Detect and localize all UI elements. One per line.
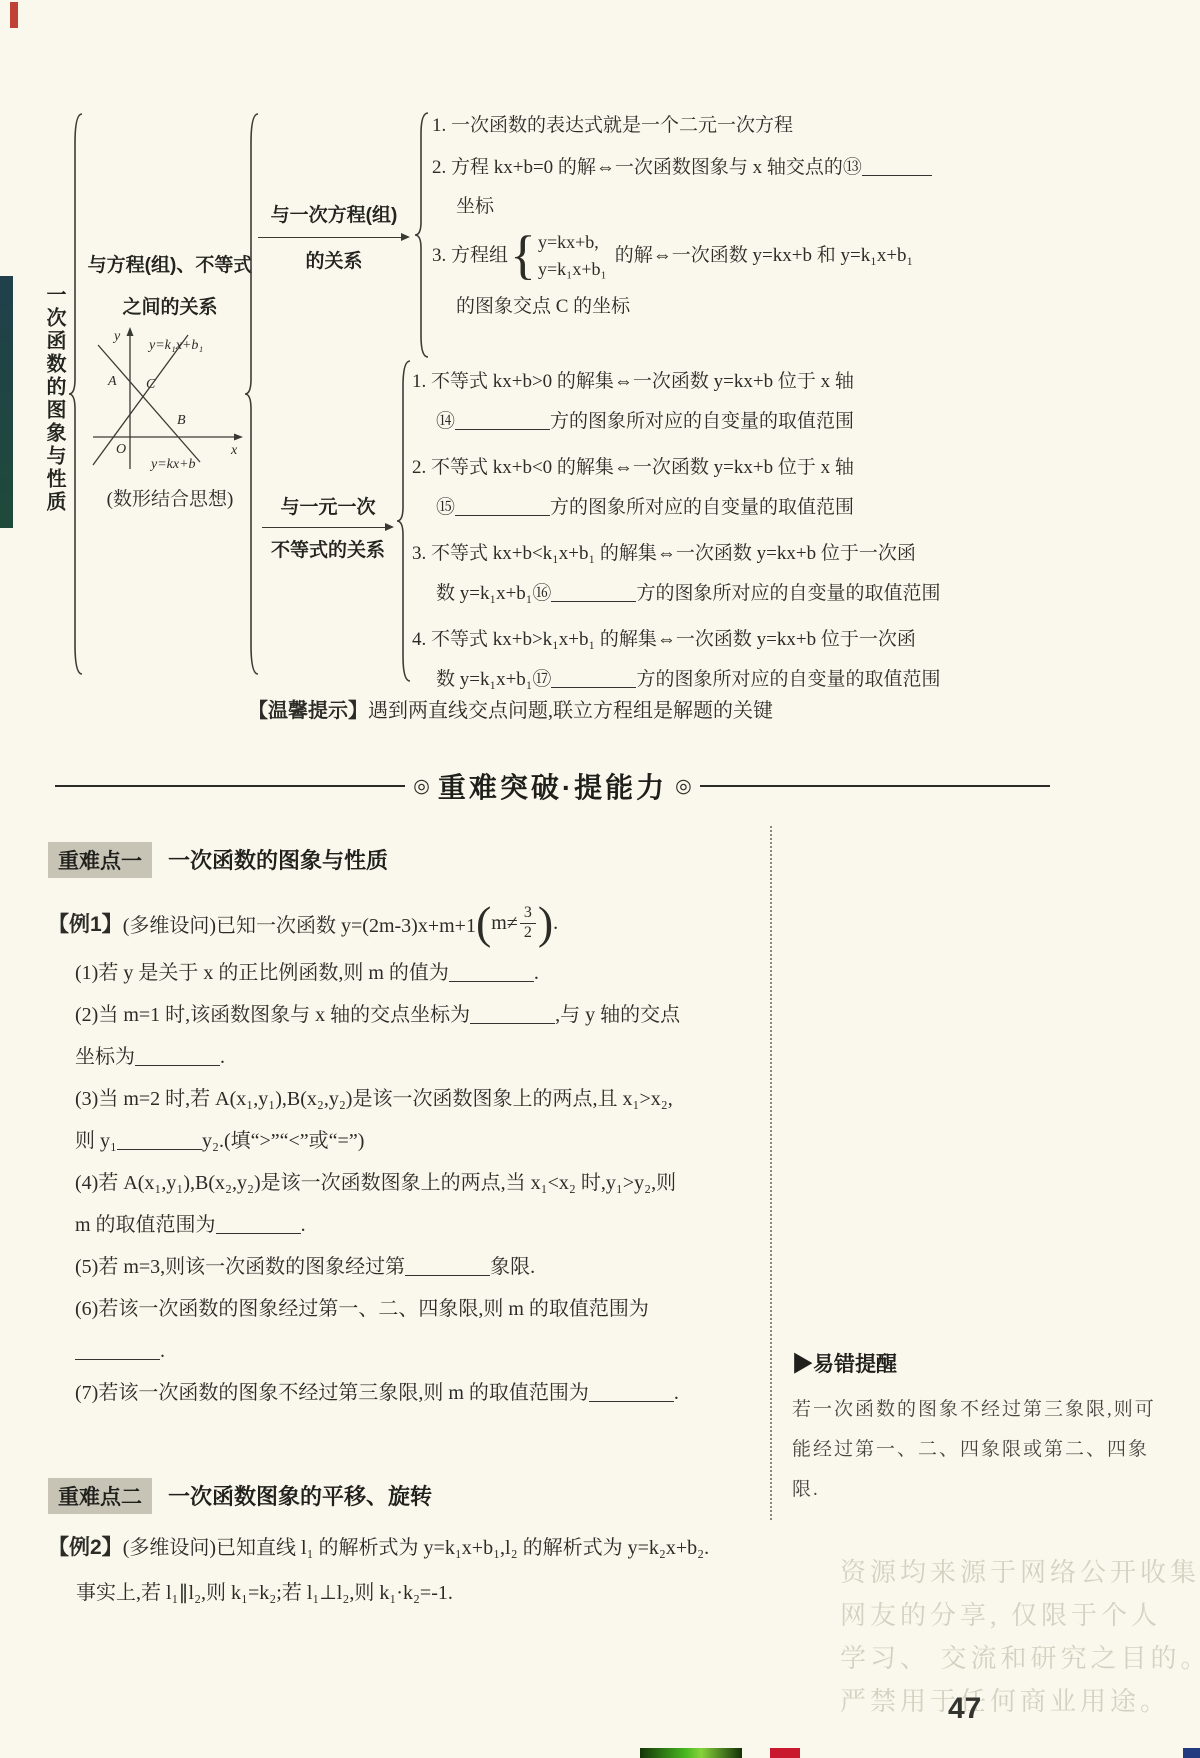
branch1-item3-line1: 3. 方程组 { y=kx+b, y=k₁x+b₁ 的解⇔一次函数 y=kx+b…: [432, 229, 913, 283]
branch2-item: 4. 不等式 kx+b>k₁x+b₁ 的解集⇔一次函数 y=kx+b 位于一次函…: [412, 620, 977, 699]
ring-icon: ◎: [413, 775, 430, 798]
answer-blank: [405, 1255, 490, 1276]
system-eq2: y=k₁x+b₁: [538, 256, 607, 283]
keypoint1-title: 一次函数的图象与性质: [168, 848, 388, 873]
section-title: 重难突破·提能力: [438, 766, 667, 806]
answer-blank: [470, 1003, 555, 1024]
answer-blank: [117, 1129, 202, 1150]
example1-questions: (1)若 y 是关于 x 的正比例函数,则 m 的值为. (2)当 m=1 时,…: [75, 952, 692, 1414]
warm-tip-label: 【温馨提示】: [248, 700, 368, 722]
fill-blank-16: [551, 582, 636, 602]
branch2-items: 1. 不等式 kx+b>0 的解集⇔一次函数 y=kx+b 位于 x 轴 ⑭方的…: [412, 362, 977, 699]
fill-blank-17: [551, 668, 636, 688]
section-header: ◎ 重难突破·提能力 ◎: [55, 766, 1050, 806]
fill-blank-14: [455, 410, 550, 430]
fraction-three-halves: 32: [520, 904, 536, 942]
textbook-page: 一次函数的图象与性质 与方程(组)、不等式 之间的关系 y x O A C B …: [0, 0, 1200, 1758]
point-a-label: A: [107, 374, 117, 389]
falling-line-label: y=kx+b: [149, 457, 196, 472]
page-number: 47: [948, 1692, 981, 1726]
brace-branch2-items: [396, 360, 412, 682]
keypoint1-heading: 重难点一一次函数的图象与性质: [48, 842, 388, 878]
close-paren: ): [538, 905, 553, 942]
branch1-item2-line1: 2. 方程 kx+b=0 的解⇔一次函数图象与 x 轴交点的⑬: [432, 154, 977, 182]
branch1-label-line1: 与一次方程(组): [258, 200, 410, 227]
branch2-item: 3. 不等式 kx+b<k₁x+b₁ 的解集⇔一次函数 y=kx+b 位于一次函…: [412, 534, 977, 613]
mindmap-root-label: 一次函数的图象与性质: [40, 284, 69, 534]
keypoint2-badge: 重难点二: [48, 1478, 152, 1514]
question-6: (6)若该一次函数的图象经过第一、二、四象限,则 m 的取值范围为.: [75, 1288, 692, 1372]
branch2-arrow: [262, 527, 392, 528]
question-4: (4)若 A(x₁,y₁),B(x₂,y₂)是该一次函数图象上的两点,当 x₁<…: [75, 1162, 692, 1246]
answer-blank: [449, 961, 534, 982]
branch2-label-line1: 与一元一次: [262, 492, 394, 519]
keypoint2-title: 一次函数图象的平移、旋转: [168, 1484, 432, 1509]
rising-line: [93, 335, 188, 465]
column-divider: [770, 826, 772, 1520]
brace-mid: [244, 113, 260, 675]
print-bar-navy: [1183, 1748, 1200, 1758]
answer-blank: [135, 1045, 220, 1066]
header-rule-right: [700, 785, 1050, 787]
mid-branch-title-line2: 之间的关系: [82, 292, 258, 319]
example2-statement: 【例2】(多维设问)已知直线 l₁ 的解析式为 y=k₁x+b₁,l₂ 的解析式…: [48, 1524, 724, 1616]
keypoint1-badge: 重难点一: [48, 842, 152, 878]
branch1-item2-line2: 坐标: [432, 193, 977, 221]
origin-label: O: [116, 442, 126, 457]
answer-blank: [216, 1213, 301, 1234]
falling-line: [98, 345, 200, 462]
question-5: (5)若 m=3,则该一次函数的图象经过第象限.: [75, 1246, 692, 1288]
error-note-text: 若一次函数的图象不经过第三象限,则可能经过第一、二、四象限或第二、四象限.: [792, 1390, 1164, 1510]
branch1-arrow: [258, 237, 408, 238]
example1-label: 【例1】: [48, 908, 123, 938]
system-eq1: y=kx+b,: [538, 229, 607, 256]
question-2: (2)当 m=1 时,该函数图象与 x 轴的交点坐标为,与 y 轴的交点坐标为.: [75, 994, 692, 1078]
error-note: ▶易错提醒 若一次函数的图象不经过第三象限,则可能经过第一、二、四象限或第二、四…: [792, 1348, 1164, 1510]
header-rule-left: [55, 785, 405, 787]
y-axis-arrow: [127, 327, 134, 336]
open-paren: (: [476, 905, 491, 942]
example1-intro: (多维设问)已知一次函数 y=(2m-3)x+m+1: [123, 909, 476, 938]
warm-tip-text: 遇到两直线交点问题,联立方程组是解题的关键: [368, 700, 773, 722]
brace-branch1-items: [414, 112, 430, 358]
example1-condition: m≠: [491, 912, 518, 935]
print-bar-red: [770, 1748, 800, 1758]
x-axis-arrow: [234, 434, 243, 441]
branch1-label-line2: 的关系: [258, 246, 410, 273]
question-7: (7)若该一次函数的图象不经过第三象限,则 m 的取值范围为.: [75, 1372, 692, 1414]
x-axis-label: x: [230, 443, 238, 458]
mid-branch-title-line1: 与方程(组)、不等式: [82, 250, 258, 277]
error-note-title: ▶易错提醒: [792, 1348, 1164, 1378]
example1-statement: 【例1】 (多维设问)已知一次函数 y=(2m-3)x+m+1 ( m≠ 32 …: [48, 892, 558, 954]
system-brace: {: [510, 233, 536, 279]
question-1: (1)若 y 是关于 x 的正比例函数,则 m 的值为.: [75, 952, 692, 994]
print-bar-green: [640, 1748, 742, 1758]
mid-branch-note: (数形结合思想): [82, 486, 258, 514]
warm-tip: 【温馨提示】遇到两直线交点问题,联立方程组是解题的关键: [248, 694, 773, 723]
branch2-item: 2. 不等式 kx+b<0 的解集⇔一次函数 y=kx+b 位于 x 轴 ⑮方的…: [412, 448, 977, 527]
watermark: 资源均来源于网络公开收集及 网友的分享, 仅限于个人 学习、 交流和研究之目的。…: [840, 1552, 1200, 1724]
example2-label: 【例2】: [48, 1536, 123, 1559]
fill-blank-13: [862, 156, 932, 176]
point-b-label: B: [177, 413, 186, 428]
point-c-label: C: [146, 377, 156, 392]
branch1-items: 1. 一次函数的表达式就是一个二元一次方程 2. 方程 kx+b=0 的解⇔一次…: [432, 112, 977, 320]
branch1-item1: 1. 一次函数的表达式就是一个二元一次方程: [432, 112, 977, 140]
example2-text: (多维设问)已知直线 l₁ 的解析式为 y=k₁x+b₁,l₂ 的解析式为 y=…: [76, 1537, 709, 1604]
answer-blank: [589, 1381, 674, 1402]
brace-root: [68, 113, 84, 675]
rising-line-label: y=k₁x+b₁: [147, 338, 203, 353]
scan-artifact-strip: [0, 276, 13, 528]
answer-blank: [75, 1339, 160, 1360]
y-axis-label: y: [112, 329, 121, 344]
question-3: (3)当 m=2 时,若 A(x₁,y₁),B(x₂,y₂)是该一次函数图象上的…: [75, 1078, 692, 1162]
fill-blank-15: [455, 496, 550, 516]
branch2-label-line2: 不等式的关系: [258, 535, 398, 562]
linear-functions-graph: y x O A C B y=k₁x+b₁ y=kx+b: [85, 323, 253, 481]
branch1-item3-line2: 的图象交点 C 的坐标: [432, 293, 977, 321]
scan-artifact-red: [10, 2, 18, 28]
branch2-item: 1. 不等式 kx+b>0 的解集⇔一次函数 y=kx+b 位于 x 轴 ⑭方的…: [412, 362, 977, 441]
ring-icon: ◎: [675, 775, 692, 798]
keypoint2-heading: 重难点二一次函数图象的平移、旋转: [48, 1478, 432, 1514]
triangle-marker-icon: ▶: [792, 1353, 813, 1376]
